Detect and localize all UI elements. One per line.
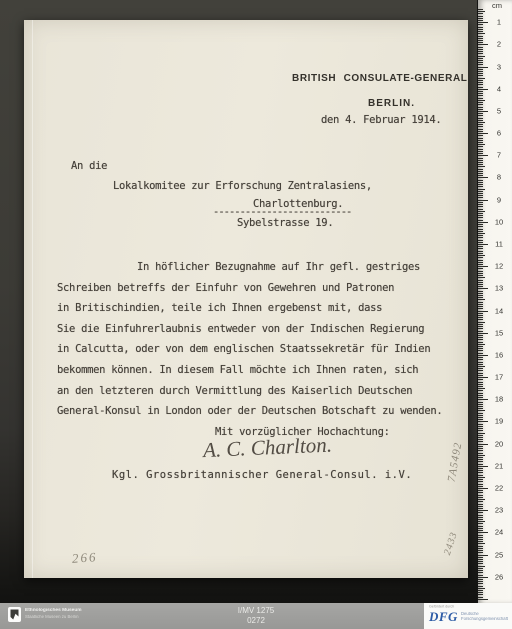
ruler-tick bbox=[478, 575, 483, 576]
dfg-logo: DFG bbox=[429, 611, 458, 623]
ruler-tick bbox=[478, 579, 483, 580]
ruler-tick bbox=[478, 337, 483, 338]
ruler-tick bbox=[478, 317, 483, 318]
ruler-tick bbox=[478, 335, 483, 336]
ruler-tick bbox=[478, 521, 485, 522]
ruler-number: 25 bbox=[491, 550, 507, 559]
ruler-tick bbox=[478, 180, 483, 181]
ruler-tick bbox=[478, 144, 485, 145]
ruler-tick bbox=[478, 464, 483, 465]
ruler-tick bbox=[478, 78, 485, 79]
ruler-tick bbox=[478, 75, 483, 76]
ruler-tick bbox=[478, 193, 483, 194]
ruler-tick bbox=[478, 588, 485, 589]
ruler-tick bbox=[478, 370, 483, 371]
letter-body: In höflicher Bezugnahme auf Ihr gefl. ge… bbox=[57, 257, 459, 442]
ruler-tick bbox=[478, 393, 483, 394]
ruler-tick bbox=[478, 543, 485, 544]
ruler-tick bbox=[478, 40, 483, 41]
ruler-tick bbox=[478, 306, 483, 307]
ruler-tick bbox=[478, 510, 488, 511]
ruler-tick bbox=[478, 570, 483, 571]
ruler-tick bbox=[478, 262, 483, 263]
ruler-tick bbox=[478, 504, 483, 505]
ruler-tick bbox=[478, 512, 483, 513]
ruler-tick bbox=[478, 53, 483, 54]
ruler-tick bbox=[478, 477, 485, 478]
ruler-tick bbox=[478, 397, 483, 398]
ruler-tick bbox=[478, 424, 483, 425]
ruler-tick bbox=[478, 104, 483, 105]
ruler-tick bbox=[478, 91, 483, 92]
ruler-tick bbox=[478, 331, 483, 332]
letter-date: den 4. Februar 1914. bbox=[321, 114, 441, 126]
ruler-tick bbox=[478, 479, 483, 480]
body-line: Sie die Einfuhrerlaubnis entweder von de… bbox=[57, 319, 459, 340]
ruler-tick bbox=[478, 550, 483, 551]
ruler-tick bbox=[478, 402, 483, 403]
ruler-tick bbox=[478, 552, 483, 553]
ruler-tick bbox=[478, 559, 483, 560]
ruler-tick bbox=[478, 158, 483, 159]
ruler-tick bbox=[478, 162, 483, 163]
ruler-tick bbox=[478, 313, 483, 314]
ruler-tick bbox=[478, 390, 483, 391]
ruler-tick bbox=[478, 346, 483, 347]
ruler-tick bbox=[478, 532, 488, 533]
ruler-tick bbox=[478, 58, 483, 59]
ruler-number: 20 bbox=[491, 439, 507, 448]
ruler-tick bbox=[478, 18, 483, 19]
ruler-tick bbox=[478, 195, 483, 196]
ruler-tick bbox=[478, 204, 483, 205]
ruler-tick bbox=[478, 299, 485, 300]
body-line: Schreiben betreffs der Einfuhr von Geweh… bbox=[57, 278, 459, 299]
ruler-tick bbox=[478, 27, 483, 28]
ruler-tick bbox=[478, 597, 483, 598]
ruler-tick bbox=[478, 120, 483, 121]
ruler-tick bbox=[478, 133, 488, 134]
ruler-tick bbox=[478, 224, 483, 225]
ruler-tick bbox=[478, 453, 483, 454]
ruler-tick bbox=[478, 404, 483, 405]
ruler-tick bbox=[478, 288, 488, 289]
ruler-tick bbox=[478, 151, 483, 152]
ruler-tick bbox=[478, 186, 483, 187]
ruler-tick bbox=[478, 253, 483, 254]
ruler-tick bbox=[478, 62, 483, 63]
funder-name-line2: Forschungsgemeinschaft bbox=[461, 618, 508, 622]
ruler-tick bbox=[478, 481, 483, 482]
ruler-tick bbox=[478, 153, 483, 154]
ruler-number: 26 bbox=[491, 572, 507, 581]
scanned-letter-viewer: BRITISH CONSULATE-GENERAL BERLIN. den 4.… bbox=[0, 0, 512, 629]
ruler-number: 18 bbox=[491, 395, 507, 404]
ruler-tick bbox=[478, 366, 485, 367]
ruler-tick bbox=[478, 406, 483, 407]
ruler-tick bbox=[478, 581, 483, 582]
ruler-tick bbox=[478, 87, 483, 88]
ruler-tick bbox=[478, 375, 483, 376]
ruler-tick bbox=[478, 131, 483, 132]
ruler-number: 3 bbox=[491, 62, 507, 71]
ruler-number: 14 bbox=[491, 306, 507, 315]
ruler-tick bbox=[478, 410, 485, 411]
ruler-tick bbox=[478, 84, 483, 85]
ruler-tick bbox=[478, 537, 483, 538]
ruler-tick bbox=[478, 355, 488, 356]
ruler-tick bbox=[478, 284, 483, 285]
ruler-tick bbox=[478, 248, 483, 249]
ruler-tick bbox=[478, 472, 483, 473]
ruler-tick bbox=[478, 182, 483, 183]
ruler-tick bbox=[478, 293, 483, 294]
ruler-tick bbox=[478, 22, 488, 23]
archive-footer-bar: Ethnologisches Museum Staatliche Museen … bbox=[0, 603, 512, 629]
ruler-tick bbox=[478, 357, 483, 358]
ruler-tick bbox=[478, 377, 488, 378]
body-line: General-Konsul in London oder der Deutsc… bbox=[57, 401, 459, 422]
ruler-tick bbox=[478, 33, 485, 34]
ruler-tick bbox=[478, 455, 485, 456]
ruler-tick bbox=[478, 286, 483, 287]
letterhead-consulate: BRITISH CONSULATE-GENERAL bbox=[292, 73, 467, 84]
ruler-tick bbox=[478, 572, 483, 573]
ruler-tick bbox=[478, 379, 483, 380]
ruler-tick bbox=[478, 16, 483, 17]
ruler-tick bbox=[478, 563, 483, 564]
ruler-tick bbox=[478, 184, 483, 185]
ruler-tick bbox=[478, 342, 483, 343]
ruler-tick bbox=[478, 244, 488, 245]
ruler-tick bbox=[478, 138, 483, 139]
ruler-tick bbox=[478, 69, 483, 70]
ruler-tick bbox=[478, 594, 483, 595]
body-line: an den letzteren durch Vermittlung des K… bbox=[57, 381, 459, 402]
ruler-tick bbox=[478, 266, 488, 267]
ruler-tick bbox=[478, 539, 483, 540]
ruler-tick bbox=[478, 129, 483, 130]
ruler-number: 2 bbox=[491, 40, 507, 49]
ruler-tick bbox=[478, 273, 483, 274]
ruler-tick bbox=[478, 73, 483, 74]
ruler-tick bbox=[478, 235, 483, 236]
ruler-tick bbox=[478, 13, 483, 14]
funding-note: Gefördert durch bbox=[429, 605, 479, 609]
ruler-tick bbox=[478, 426, 483, 427]
recipient-line1: Lokalkomitee zur Erforschung Zentralasie… bbox=[113, 180, 372, 192]
ruler-tick bbox=[478, 441, 483, 442]
paper-fold-line bbox=[32, 20, 33, 578]
ruler-tick bbox=[478, 38, 483, 39]
ruler-number: 8 bbox=[491, 173, 507, 182]
ruler-tick bbox=[478, 115, 483, 116]
ruler-number: 17 bbox=[491, 373, 507, 382]
recipient-line3: Sybelstrasse 19. bbox=[237, 217, 333, 229]
ruler-tick bbox=[478, 102, 483, 103]
ruler-tick bbox=[478, 304, 483, 305]
ruler-tick bbox=[478, 233, 485, 234]
ruler-tick bbox=[478, 113, 483, 114]
body-line: bekommen können. In diesem Fall möchte i… bbox=[57, 360, 459, 381]
ruler-tick bbox=[478, 592, 483, 593]
ruler-tick bbox=[478, 466, 488, 467]
ruler-tick bbox=[478, 419, 483, 420]
ruler-tick bbox=[478, 506, 483, 507]
ruler-number: 24 bbox=[491, 528, 507, 537]
ruler-tick bbox=[478, 189, 485, 190]
ruler-tick bbox=[478, 415, 483, 416]
ruler-tick bbox=[478, 255, 485, 256]
letter-page: BRITISH CONSULATE-GENERAL BERLIN. den 4.… bbox=[24, 20, 468, 578]
ruler-tick bbox=[478, 82, 483, 83]
ruler-tick bbox=[478, 36, 483, 37]
ruler-tick bbox=[478, 271, 483, 272]
ruler-tick bbox=[478, 519, 483, 520]
ruler-tick bbox=[478, 566, 485, 567]
ruler-tick bbox=[478, 200, 488, 201]
ruler-tick bbox=[478, 446, 483, 447]
ruler-tick bbox=[478, 260, 483, 261]
ruler-tick bbox=[478, 295, 483, 296]
ruler-number: 13 bbox=[491, 284, 507, 293]
ruler-tick bbox=[478, 326, 483, 327]
ruler-tick bbox=[478, 80, 483, 81]
ruler-tick bbox=[478, 499, 485, 500]
ruler-tick bbox=[478, 118, 483, 119]
ruler-tick bbox=[478, 24, 483, 25]
ruler-tick bbox=[478, 297, 483, 298]
pencil-annotation-bottom-left: 266 bbox=[71, 549, 98, 567]
ruler-tick bbox=[478, 501, 483, 502]
ruler-tick bbox=[478, 308, 483, 309]
ruler-tick bbox=[478, 177, 488, 178]
ruler-tick bbox=[478, 437, 483, 438]
ruler-tick bbox=[478, 359, 483, 360]
ruler-tick bbox=[478, 220, 483, 221]
ruler-tick bbox=[478, 517, 483, 518]
ruler-tick bbox=[478, 350, 483, 351]
ruler-tick bbox=[478, 268, 483, 269]
ruler-tick bbox=[478, 302, 483, 303]
funder-name-line1: Deutsche bbox=[461, 613, 508, 617]
ruler-tick bbox=[478, 586, 483, 587]
ruler-tick bbox=[478, 197, 483, 198]
ruler-tick bbox=[478, 470, 483, 471]
ruler-tick bbox=[478, 362, 483, 363]
ruler-tick bbox=[478, 64, 483, 65]
ruler-tick bbox=[478, 450, 483, 451]
ruler-tick bbox=[478, 222, 488, 223]
ruler-number: 10 bbox=[491, 217, 507, 226]
ruler-number: 22 bbox=[491, 484, 507, 493]
ruler-tick bbox=[478, 173, 483, 174]
ruler-tick bbox=[478, 590, 483, 591]
ruler-tick bbox=[478, 42, 483, 43]
ruler-tick bbox=[478, 328, 483, 329]
ruler-tick bbox=[478, 508, 483, 509]
ruler-tick bbox=[478, 257, 483, 258]
ruler-tick bbox=[478, 530, 483, 531]
ruler-tick bbox=[478, 490, 483, 491]
ruler-tick bbox=[478, 448, 483, 449]
ruler-tick bbox=[478, 583, 483, 584]
ruler-tick bbox=[478, 191, 483, 192]
body-line: In höflicher Bezugnahme auf Ihr gefl. ge… bbox=[57, 257, 459, 278]
signer-title: Kgl. Grossbritannischer General-Consul. … bbox=[112, 469, 412, 481]
ruler-tick bbox=[478, 417, 483, 418]
ruler-tick bbox=[478, 457, 483, 458]
ruler-tick bbox=[478, 492, 483, 493]
ruler-tick bbox=[478, 240, 483, 241]
ruler-number: 19 bbox=[491, 417, 507, 426]
ruler-number: 12 bbox=[491, 262, 507, 271]
ruler-tick bbox=[478, 315, 483, 316]
ruler-tick bbox=[478, 339, 483, 340]
ruler-tick bbox=[478, 164, 483, 165]
ruler-tick bbox=[478, 526, 483, 527]
funder-name: Deutsche Forschungsgemeinschaft bbox=[461, 612, 512, 622]
ruler-tick bbox=[478, 231, 483, 232]
ruler-tick bbox=[478, 149, 483, 150]
ruler-tick bbox=[478, 135, 483, 136]
ruler-number: 15 bbox=[491, 328, 507, 337]
ruler-tick bbox=[478, 557, 483, 558]
ruler-tick bbox=[478, 11, 485, 12]
ruler-tick bbox=[478, 444, 488, 445]
ruler-tick bbox=[478, 324, 483, 325]
ruler-tick bbox=[478, 213, 483, 214]
ruler-tick bbox=[478, 435, 483, 436]
ruler-tick bbox=[478, 599, 488, 600]
ruler-tick bbox=[478, 353, 483, 354]
ruler-tick bbox=[478, 468, 483, 469]
ruler-tick bbox=[478, 561, 483, 562]
ruler-tick bbox=[478, 31, 483, 32]
ruler-tick bbox=[478, 515, 483, 516]
ruler-tick bbox=[478, 124, 483, 125]
ruler-number: 11 bbox=[491, 240, 507, 249]
letterhead-city: BERLIN. bbox=[368, 98, 415, 109]
ruler-tick bbox=[478, 29, 483, 30]
ruler-tick bbox=[478, 67, 488, 68]
ruler-tick bbox=[478, 251, 483, 252]
ruler-tick bbox=[478, 126, 483, 127]
ruler-tick bbox=[478, 211, 485, 212]
ruler-tick bbox=[478, 206, 483, 207]
ruler-tick bbox=[478, 166, 485, 167]
ruler-number: 4 bbox=[491, 84, 507, 93]
ruler-tick bbox=[478, 282, 483, 283]
ruler-tick bbox=[478, 246, 483, 247]
ruler-tick bbox=[478, 333, 488, 334]
ruler-tick bbox=[478, 44, 488, 45]
ruler-tick bbox=[478, 109, 483, 110]
ruler-tick bbox=[478, 71, 483, 72]
ruler-tick bbox=[478, 495, 483, 496]
body-line: in Britischindien, teile ich Ihnen ergeb… bbox=[57, 298, 459, 319]
ruler-tick bbox=[478, 202, 483, 203]
ruler-tick bbox=[478, 408, 483, 409]
ruler-tick bbox=[478, 140, 483, 141]
ruler-tick bbox=[478, 209, 483, 210]
ruler-tick bbox=[478, 142, 483, 143]
ruler-tick bbox=[478, 217, 483, 218]
dfg-logo-block: Gefördert durch DFG Deutsche Forschungsg… bbox=[424, 603, 512, 629]
ruler-tick bbox=[478, 242, 483, 243]
ruler-tick bbox=[478, 497, 483, 498]
ruler-tick bbox=[478, 413, 483, 414]
ruler-tick bbox=[478, 169, 483, 170]
ruler-tick bbox=[478, 280, 483, 281]
ruler-number: 6 bbox=[491, 129, 507, 138]
ruler-tick bbox=[478, 382, 483, 383]
ruler-tick bbox=[478, 319, 483, 320]
ruler-tick bbox=[478, 47, 483, 48]
ruler-tick bbox=[478, 384, 483, 385]
ruler-tick bbox=[478, 555, 488, 556]
ruler-tick bbox=[478, 535, 483, 536]
ruler-tick bbox=[478, 51, 483, 52]
ruler-tick bbox=[478, 548, 483, 549]
recipient-salutation: An die bbox=[71, 160, 107, 172]
ruler-tick bbox=[478, 49, 483, 50]
ruler-tick bbox=[478, 56, 485, 57]
ruler-tick bbox=[478, 229, 483, 230]
body-line: in Calcutta, oder von dem englischen Sta… bbox=[57, 339, 459, 360]
ruler-tick bbox=[478, 175, 483, 176]
ruler-tick bbox=[478, 215, 483, 216]
ruler-number: 1 bbox=[491, 18, 507, 27]
ruler-tick bbox=[478, 146, 483, 147]
ruler-tick bbox=[478, 399, 488, 400]
ruler-tick bbox=[478, 439, 483, 440]
ruler-number: 7 bbox=[491, 151, 507, 160]
ruler-tick bbox=[478, 486, 483, 487]
ruler-tick bbox=[478, 226, 483, 227]
ruler-tick bbox=[478, 488, 488, 489]
ruler-tick bbox=[478, 386, 483, 387]
ruler-tick bbox=[478, 60, 483, 61]
ruler-tick bbox=[478, 93, 483, 94]
ruler-tick bbox=[478, 388, 485, 389]
ruler-number: 21 bbox=[491, 461, 507, 470]
ruler-tick bbox=[478, 364, 483, 365]
ruler-tick bbox=[478, 264, 483, 265]
ruler-tick bbox=[478, 155, 488, 156]
ruler-tick bbox=[478, 122, 485, 123]
ruler-tick bbox=[478, 348, 483, 349]
ruler-tick bbox=[478, 577, 488, 578]
ruler-tick bbox=[478, 568, 483, 569]
ruler-tick bbox=[478, 322, 485, 323]
ruler-tick bbox=[478, 395, 483, 396]
ruler-tick bbox=[478, 107, 483, 108]
ruler-scale: cm 1234567891011121314151617181920212223… bbox=[477, 0, 512, 604]
ruler-tick bbox=[478, 546, 483, 547]
ruler-tick bbox=[478, 344, 485, 345]
ruler-tick bbox=[478, 275, 483, 276]
ruler-tick bbox=[478, 523, 483, 524]
ruler-number: 5 bbox=[491, 106, 507, 115]
ruler-unit-label: cm bbox=[492, 1, 502, 10]
ruler-tick bbox=[478, 461, 483, 462]
ruler-tick bbox=[478, 98, 483, 99]
ruler-tick bbox=[478, 528, 483, 529]
ruler-tick bbox=[478, 433, 485, 434]
ruler-tick bbox=[478, 171, 483, 172]
ruler-tick bbox=[478, 373, 483, 374]
